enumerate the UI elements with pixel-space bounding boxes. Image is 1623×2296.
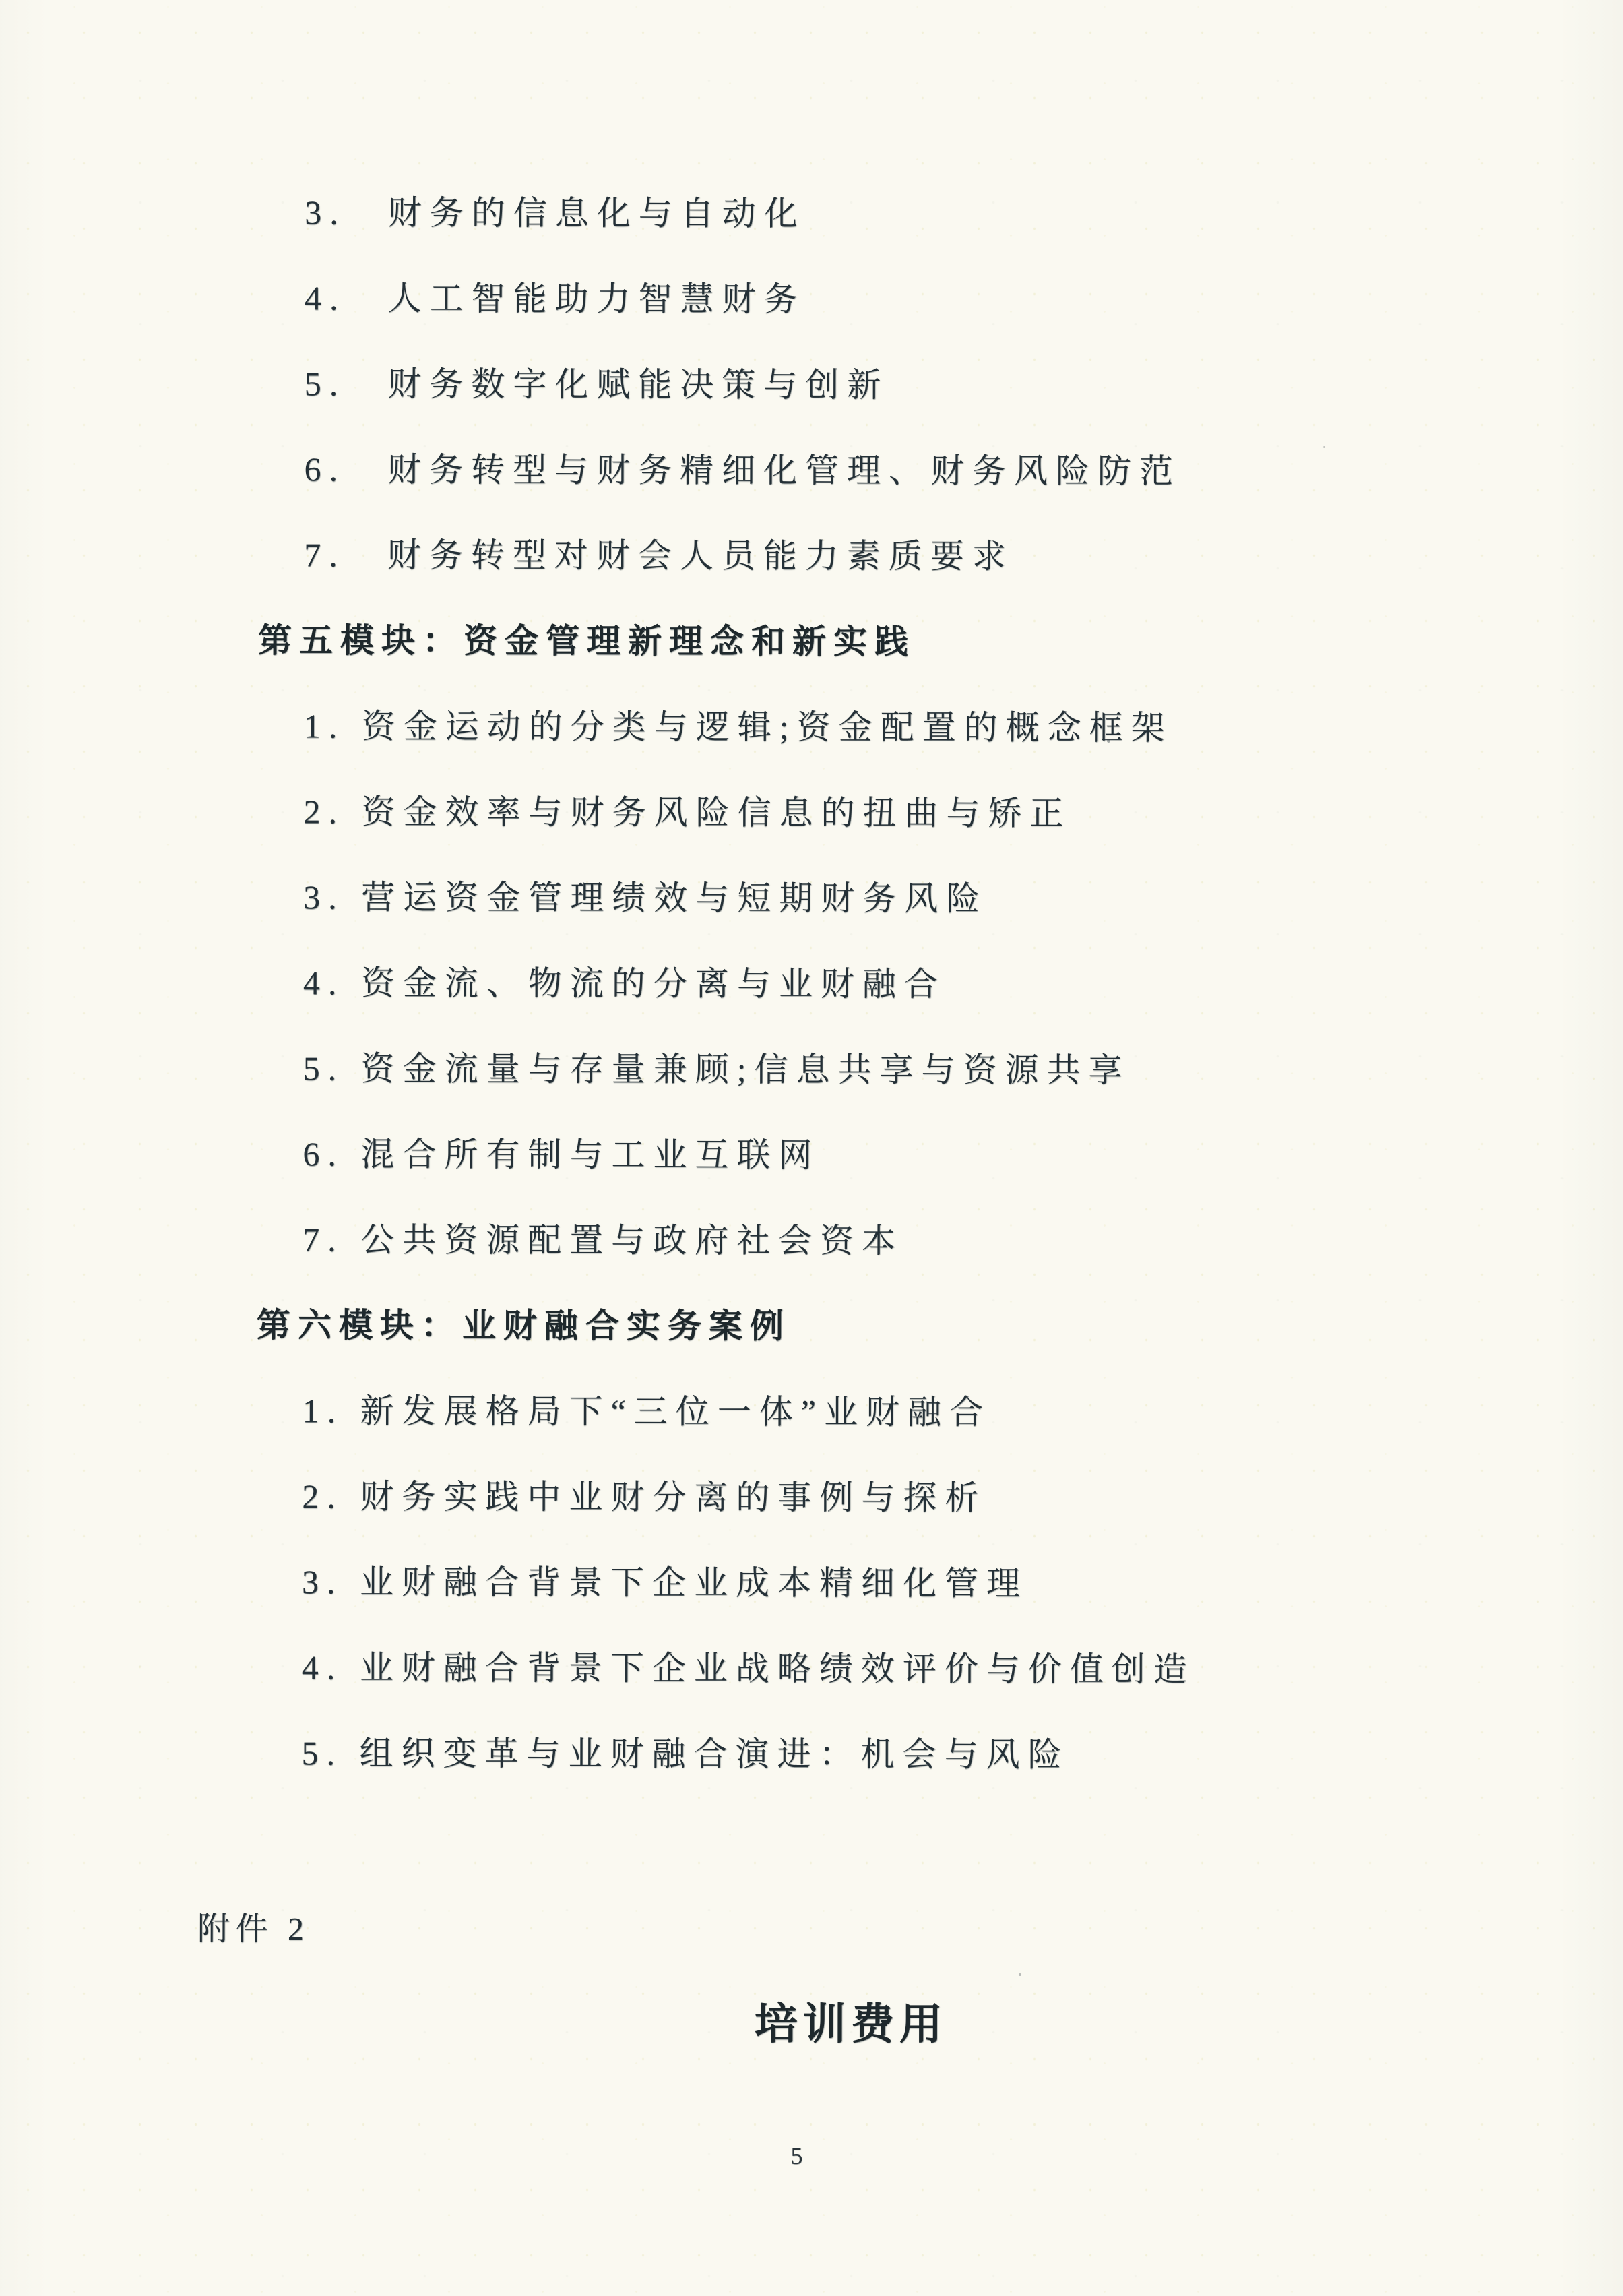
attachment-label: 附件 2 — [197, 1911, 1619, 1950]
module6-item-4: 4. 业财融合背景下企业战略绩效评价与价值创造 — [302, 1649, 1620, 1688]
module5-item-7: 7. 公共资源配置与政府社会资本 — [303, 1221, 1620, 1260]
scanned-document-page: 3. 财务的信息化与自动化 4. 人工智能助力智慧财务 5. 财务数字化赋能决策… — [0, 0, 1623, 2296]
module4-item-7: 7. 财务转型对财会人员能力素质要求 — [304, 536, 1622, 576]
module5-item-6: 6. 混合所有制与工业互联网 — [303, 1136, 1620, 1175]
module5-item-2: 2. 资金效率与财务风险信息的扭曲与矫正 — [303, 793, 1621, 832]
page-number: 5 — [0, 2142, 1608, 2170]
module5-item-1: 1. 资金运动的分类与逻辑;资金配置的概念框架 — [304, 708, 1622, 747]
module5-item-4: 4. 资金流、物流的分离与业财融合 — [303, 964, 1621, 1003]
module4-item-4: 4. 人工智能助力智慧财务 — [305, 280, 1622, 319]
module6-item-3: 3. 业财融合背景下企业成本精细化管理 — [302, 1563, 1620, 1603]
module6-item-5: 5. 组织变革与业财融合演进：机会与风险 — [301, 1735, 1619, 1774]
module5-item-5: 5. 资金流量与存量兼顾;信息共享与资源共享 — [303, 1050, 1621, 1089]
attachment-title: 培训费用 — [0, 1998, 1619, 2049]
page-content: 3. 财务的信息化与自动化 4. 人工智能助力智慧财务 5. 财务数字化赋能决策… — [0, 0, 1623, 2049]
module5-item-3: 3. 营运资金管理绩效与短期财务风险 — [303, 879, 1621, 918]
module6-heading: 第六模块：业财融合实务案例 — [257, 1307, 1620, 1346]
module6-item-2: 2. 财务实践中业财分离的事例与探析 — [302, 1478, 1620, 1517]
module4-item-3: 3. 财务的信息化与自动化 — [305, 194, 1622, 233]
module4-item-6: 6. 财务转型与财务精细化管理、财务风险防范 — [304, 451, 1622, 490]
module5-heading: 第五模块：资金管理新理念和新实践 — [258, 622, 1622, 661]
module6-item-1: 1. 新发展格局下“三位一体”业财融合 — [303, 1392, 1620, 1431]
module4-item-5: 5. 财务数字化赋能决策与创新 — [305, 365, 1622, 404]
